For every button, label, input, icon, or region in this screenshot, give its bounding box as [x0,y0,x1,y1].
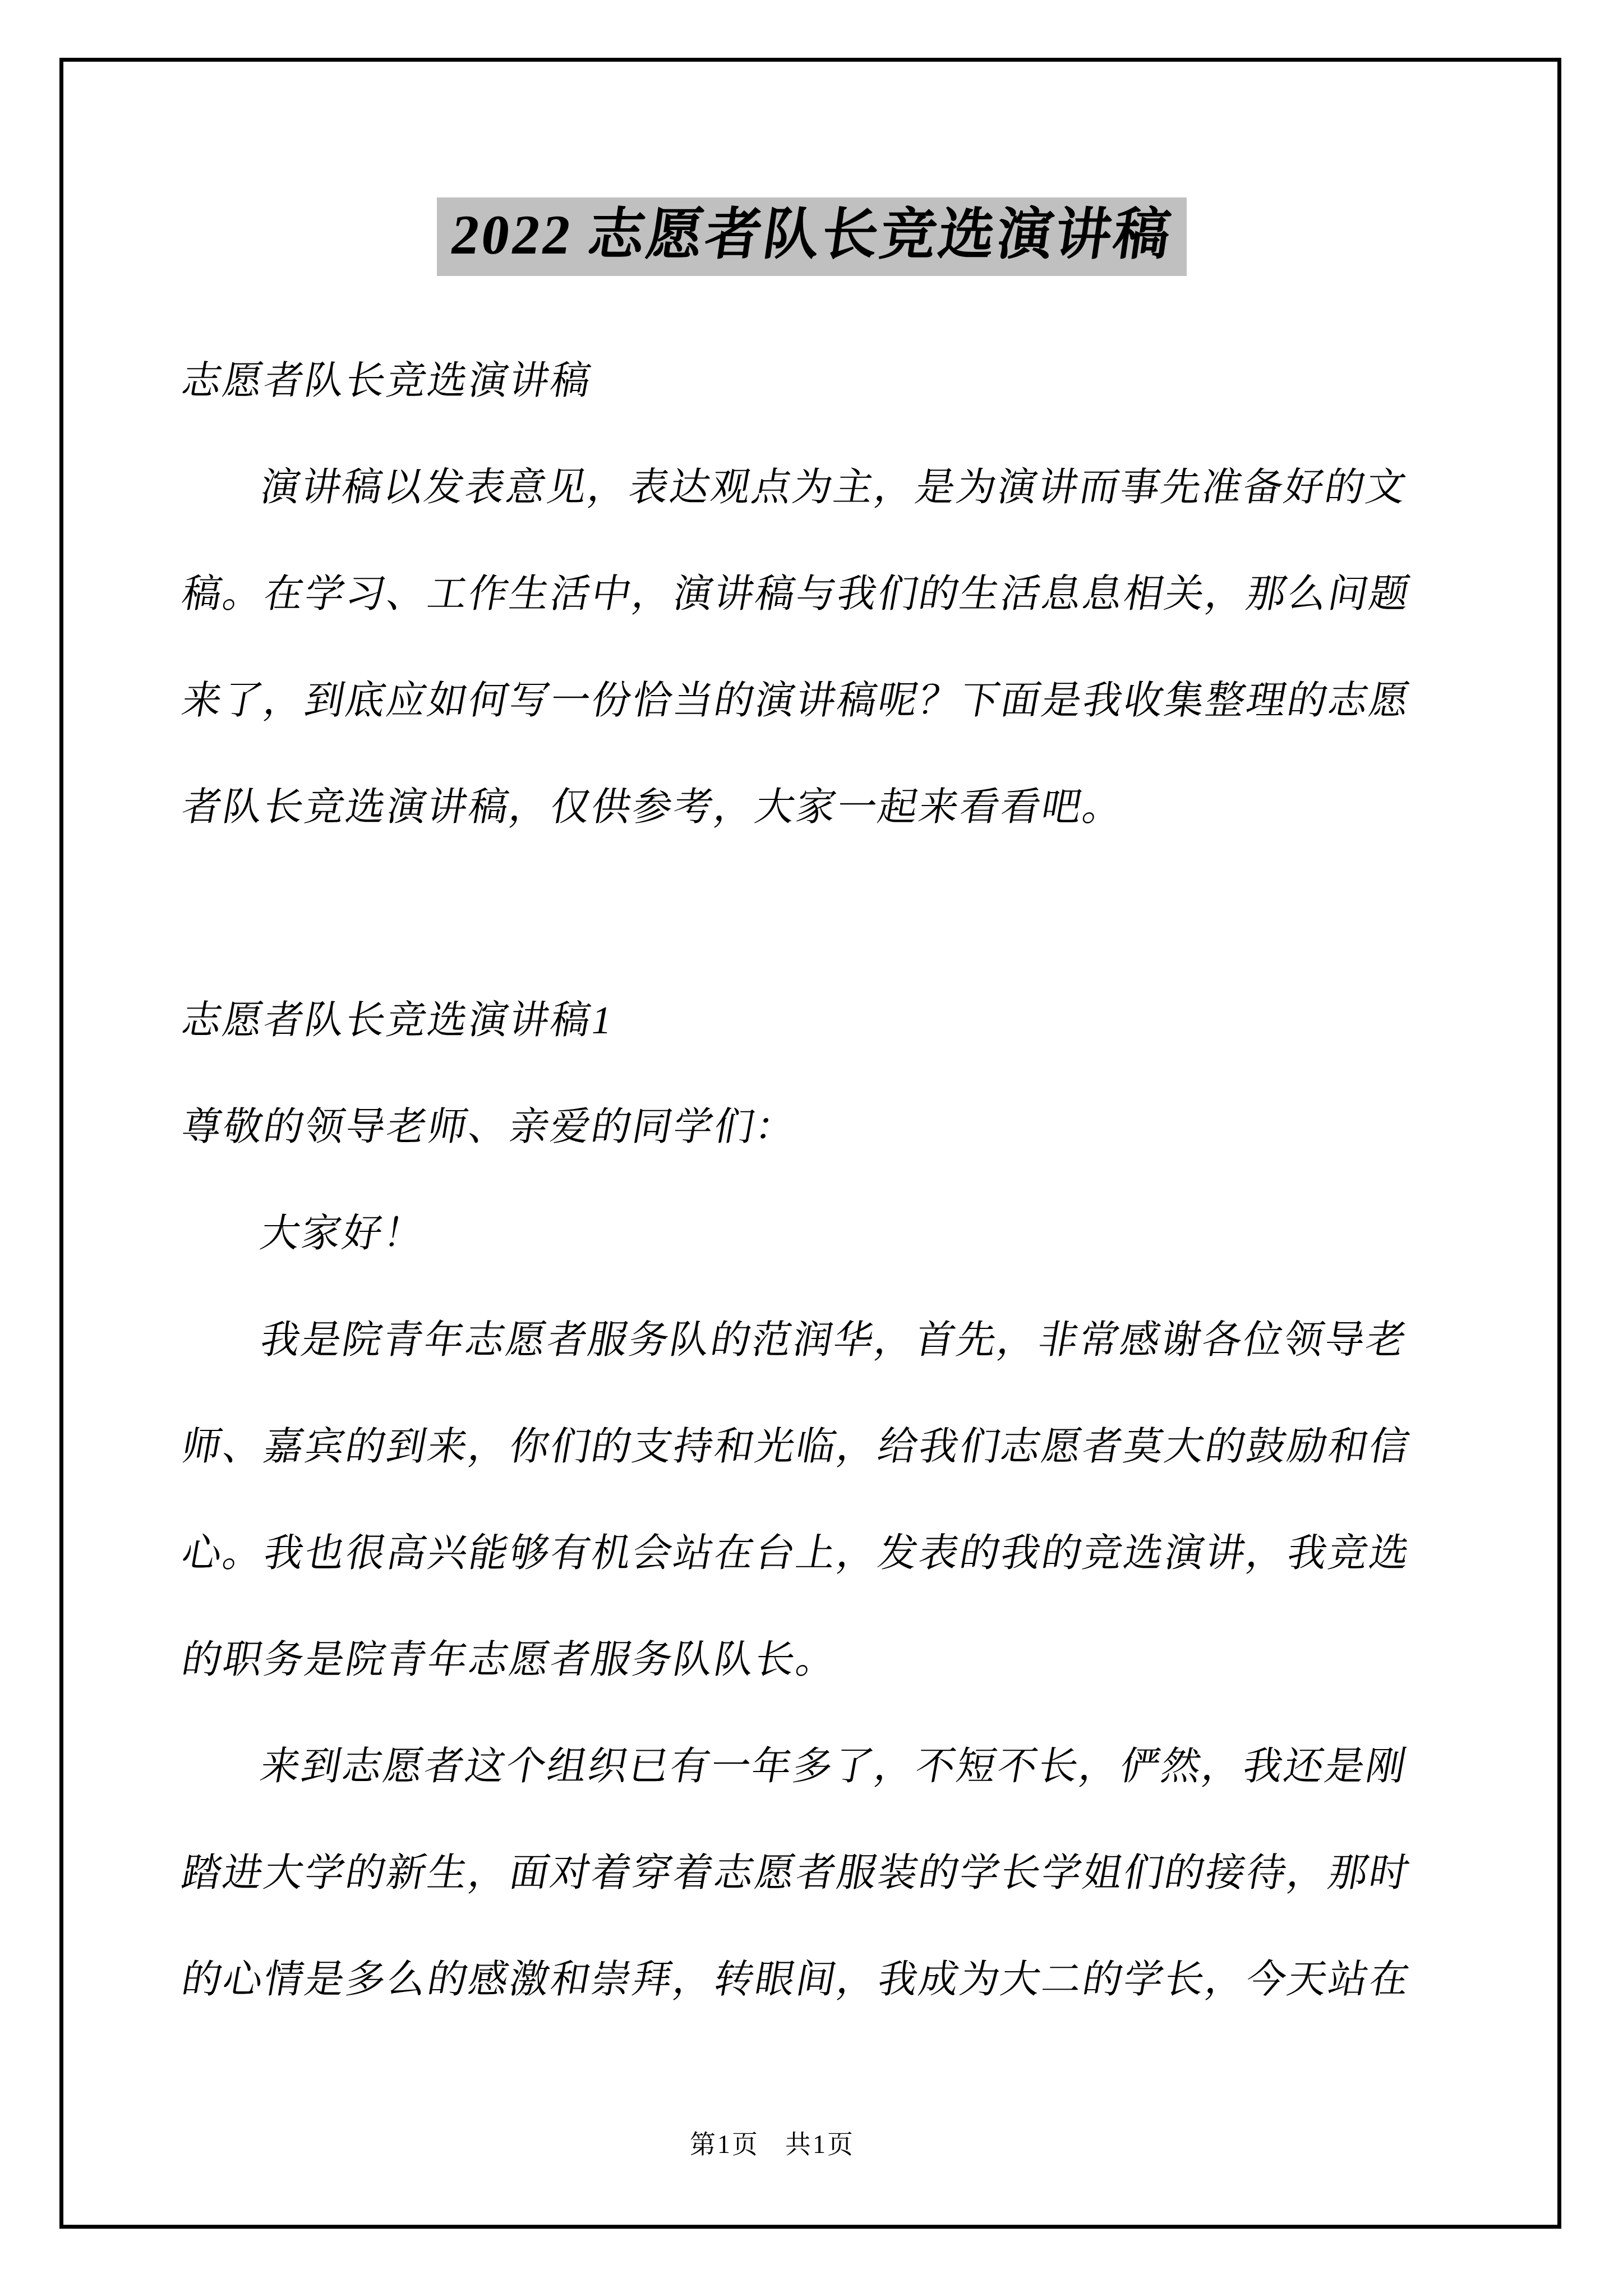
body-line-text: 心。我也很高兴能够有机会站在台上，发表的我的竞选演讲，我竞选 [173,1501,1420,1607]
footer-current-page: 第1页 [690,2130,759,2159]
body-line-text: 师、嘉宾的到来，你们的支持和光临，给我们志愿者莫大的鼓励和信 [173,1394,1420,1501]
body-line: 来了，到底应如何写一份恰当的演讲稿呢？下面是我收集整理的志愿 [177,648,1461,754]
body-line: 来到志愿者这个组织已有一年多了，不短不长，俨然，我还是刚 [177,1714,1461,1820]
body-line-text: 志愿者队长竞选演讲稿 [173,328,601,435]
body-line-text: 者队长竞选演讲稿，仅供参考，大家一起来看看吧。 [173,754,1133,861]
document-body: 志愿者队长竞选演讲稿演讲稿以发表意见，表达观点为主，是为演讲而事先准备好的文稿。… [177,328,1461,2033]
body-line-text: 志愿者队长竞选演讲稿1 [173,968,623,1074]
body-line-text: 尊敬的领导老师、亲爱的同学们： [173,1074,806,1181]
body-line: 师、嘉宾的到来，你们的支持和光临，给我们志愿者莫大的鼓励和信 [177,1394,1461,1501]
body-line-text: 来了，到底应如何写一份恰当的演讲稿呢？下面是我收集整理的志愿 [173,648,1420,754]
body-line-text: 的职务是院青年志愿者服务队队长。 [173,1607,847,1714]
body-line-text: 我是院青年志愿者服务队的范润华，首先，非常感谢各位领导老 [251,1287,1417,1394]
body-line-text: 踏进大学的新生，面对着穿着志愿者服装的学长学姐们的接待，那时 [173,1820,1420,1927]
body-line: 踏进大学的新生，面对着穿着志愿者服装的学长学姐们的接待，那时 [177,1820,1461,1927]
document-title: 2022 志愿者队长竞选演讲稿 [447,204,1176,266]
footer-total-pages: 共1页 [785,2130,855,2159]
document-page: 2022 志愿者队长竞选演讲稿 志愿者队长竞选演讲稿演讲稿以发表意见，表达观点为… [0,0,1623,2296]
body-line: 的心情是多么的感激和崇拜，转眼间，我成为大二的学长，今天站在 [177,1927,1461,2033]
body-line-text: 演讲稿以发表意见，表达观点为主，是为演讲而事先准备好的文 [251,435,1417,541]
body-line: 大家好！ [177,1181,1461,1287]
body-line: 尊敬的领导老师、亲爱的同学们： [177,1074,1461,1181]
body-line: 志愿者队长竞选演讲稿 [177,328,1461,435]
body-line: 稿。在学习、工作生活中，演讲稿与我们的生活息息相关，那么问题 [177,541,1461,648]
page-footer: 第1页共1页 [0,2124,1584,2161]
title-highlight: 2022 志愿者队长竞选演讲稿 [437,197,1187,276]
body-line: 的职务是院青年志愿者服务队队长。 [177,1607,1461,1714]
body-line: 我是院青年志愿者服务队的范润华，首先，非常感谢各位领导老 [177,1287,1461,1394]
body-line: 志愿者队长竞选演讲稿1 [177,968,1461,1074]
title-row: 2022 志愿者队长竞选演讲稿 [0,197,1623,276]
blank-line [177,861,1461,968]
body-line-text: 大家好！ [251,1181,434,1287]
body-line-text: 来到志愿者这个组织已有一年多了，不短不长，俨然，我还是刚 [251,1714,1417,1820]
body-line-text: 稿。在学习、工作生活中，演讲稿与我们的生活息息相关，那么问题 [173,541,1420,648]
body-line-text: 的心情是多么的感激和崇拜，转眼间，我成为大二的学长，今天站在 [173,1927,1420,2033]
body-line: 者队长竞选演讲稿，仅供参考，大家一起来看看吧。 [177,754,1461,861]
body-line: 演讲稿以发表意见，表达观点为主，是为演讲而事先准备好的文 [177,435,1461,541]
body-line: 心。我也很高兴能够有机会站在台上，发表的我的竞选演讲，我竞选 [177,1501,1461,1607]
